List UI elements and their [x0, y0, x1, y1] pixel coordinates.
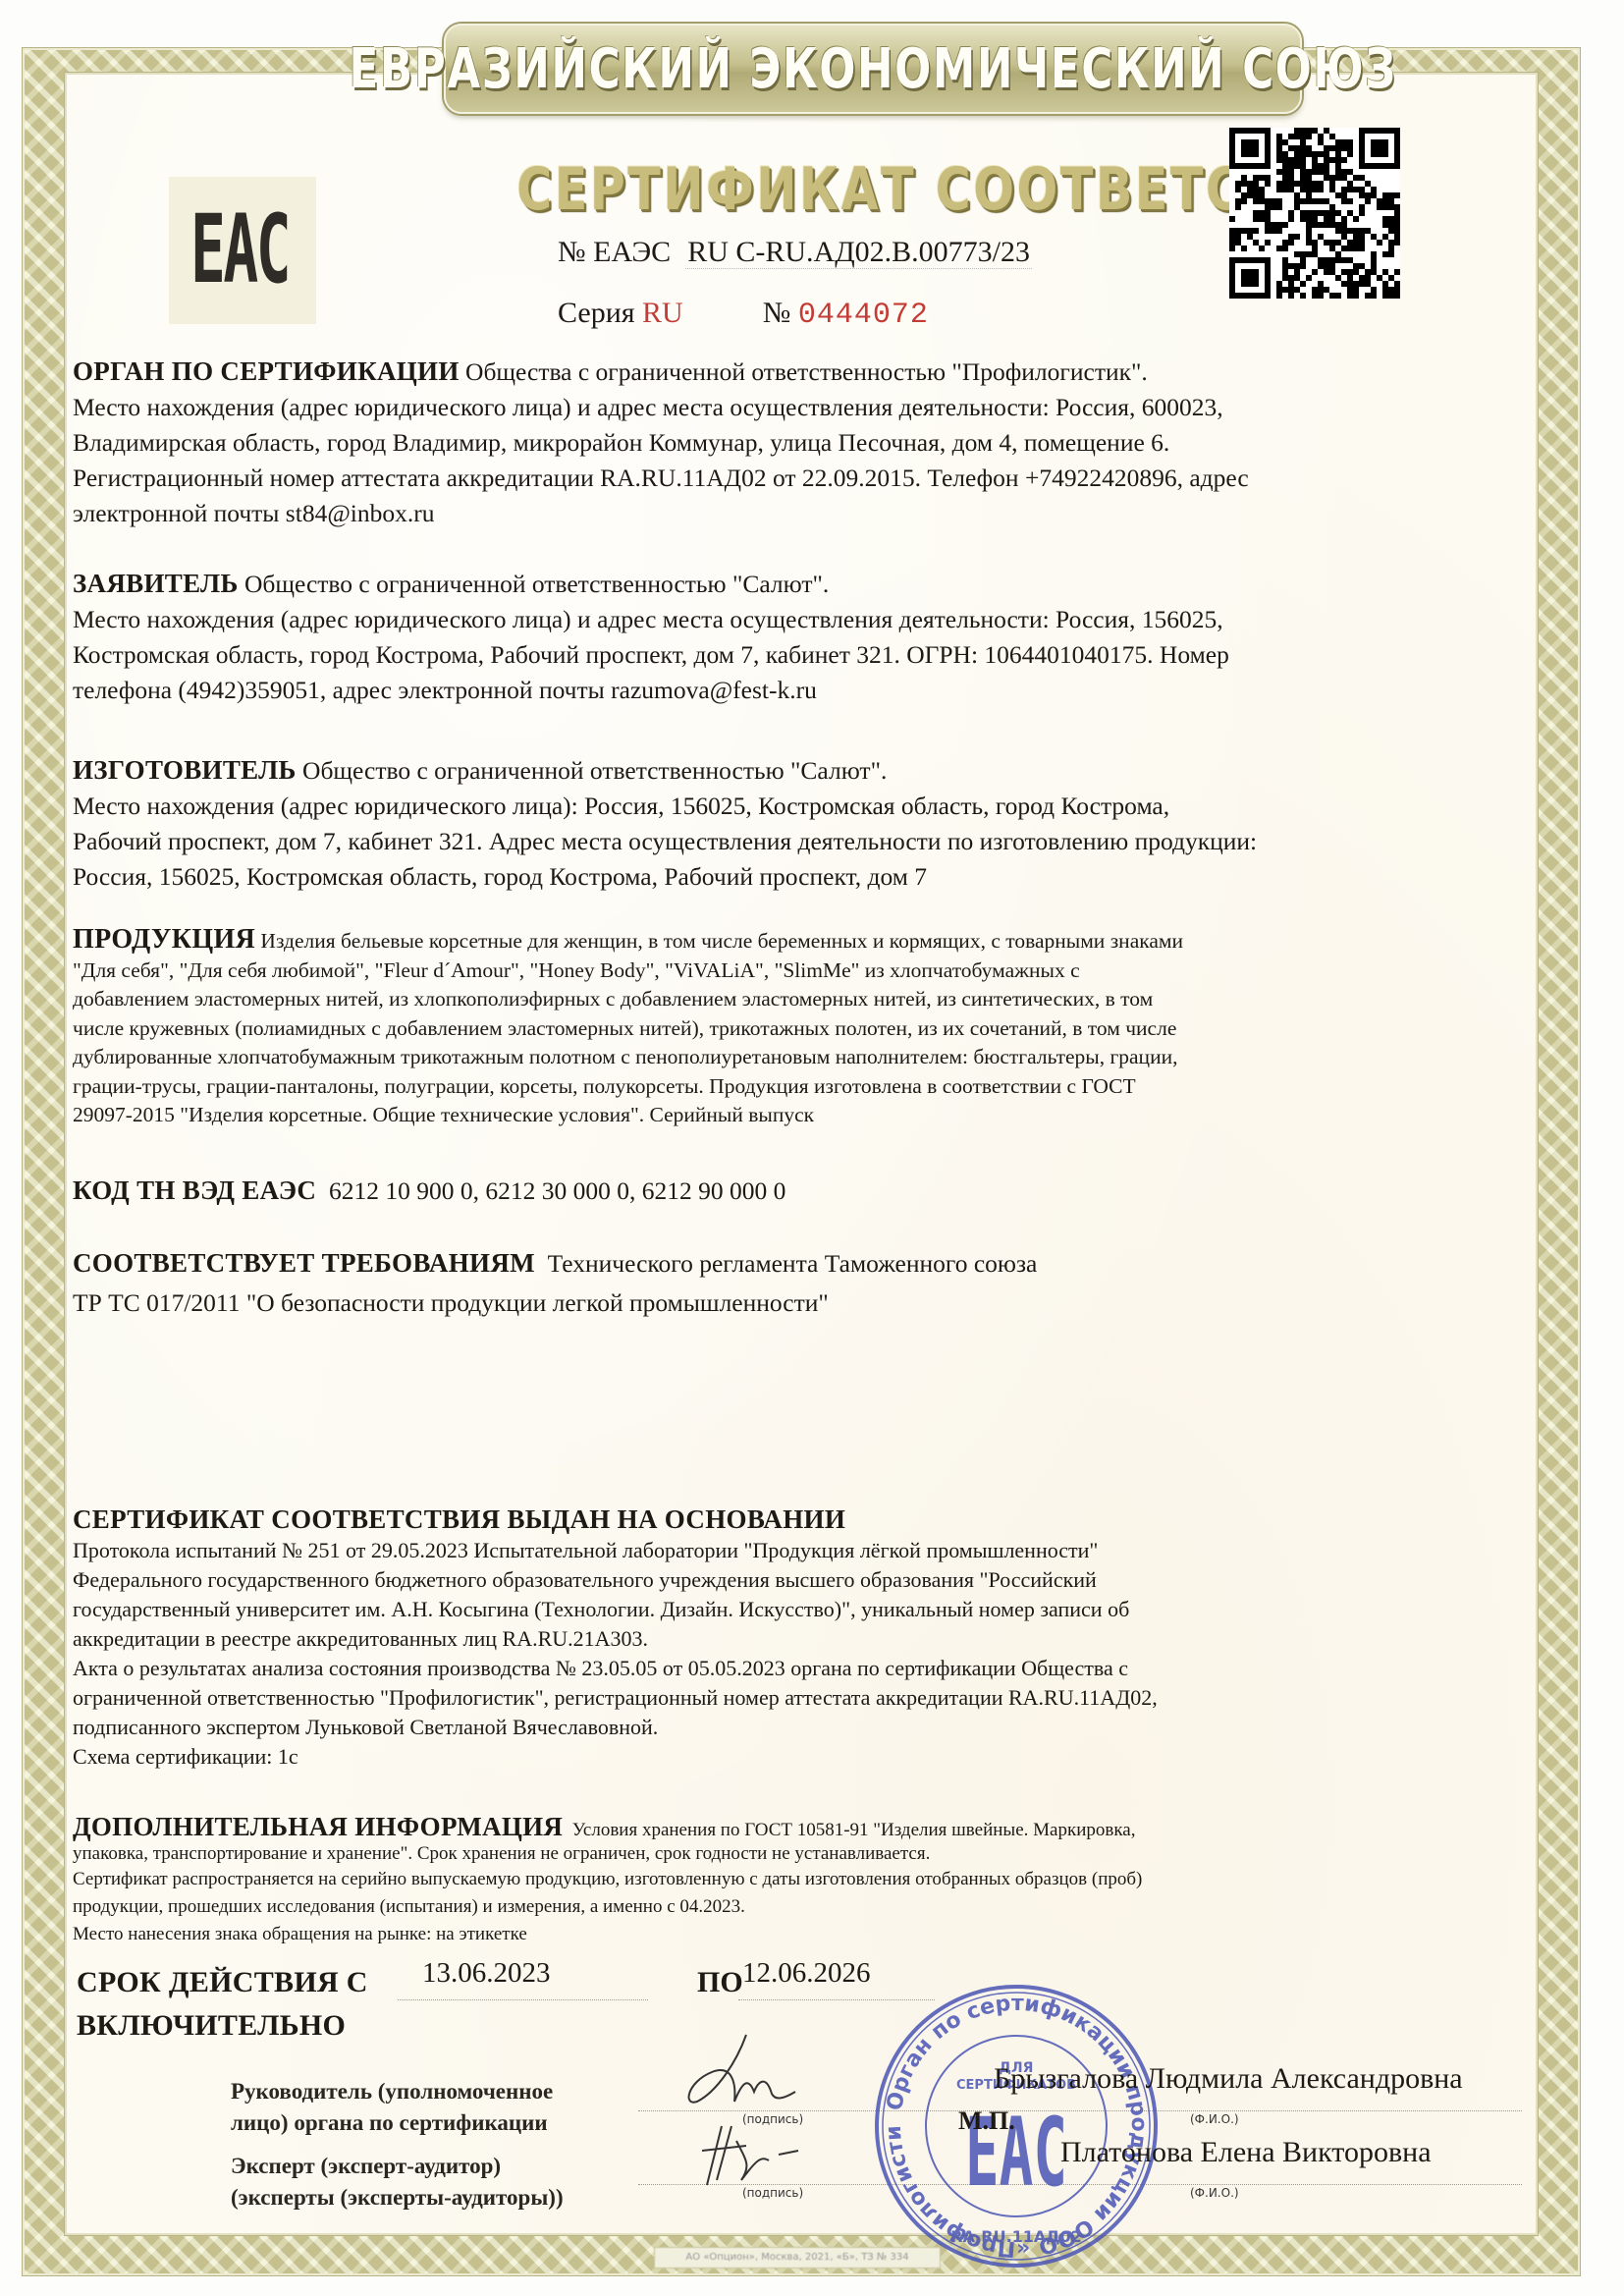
certification-body-line: Владимирская область, город Владимир, ми…	[73, 425, 1516, 461]
additional-info-section: ДОПОЛНИТЕЛЬНАЯ ИНФОРМАЦИЯ Условия хранен…	[73, 1815, 1516, 1948]
document-title: СЕРТИФИКАТ СООТВЕТСТВИЯ	[516, 155, 1109, 224]
applicant-line: Костромская область, город Кострома, Раб…	[73, 637, 1516, 673]
hs-code-value: 6212 10 900 0, 6212 30 000 0, 6212 90 00…	[329, 1176, 785, 1205]
conformity-regulation-title: ТР ТС 017/2011 "О безопасности продукции…	[73, 1284, 1516, 1323]
manufacturer-line: Рабочий проспект, дом 7, кабинет 321. Ад…	[73, 824, 1516, 859]
manufacturer-section: ИЗГОТОВИТЕЛЬ Общество с ограниченной отв…	[73, 752, 1516, 895]
name-caption: (Ф.И.О.)	[1190, 2112, 1239, 2126]
certification-body-line: электронной почты st84@inbox.ru	[73, 496, 1516, 531]
certification-body-heading: ОРГАН ПО СЕРТИФИКАЦИИ	[73, 356, 460, 386]
blank-number-value: 0444072	[798, 299, 929, 332]
validity-to-date: 12.06.2026	[742, 1957, 871, 1990]
stamp-bottom-text: RA.RU.11АД02	[950, 2227, 1082, 2246]
hs-code-section: КОД ТН ВЭД ЕАЭС 6212 10 900 0, 6212 30 0…	[73, 1173, 1516, 1209]
certification-body-line: Место нахождения (адрес юридического лиц…	[73, 390, 1516, 425]
basis-line: Акта о результатах анализа состояния про…	[73, 1654, 1516, 1683]
seal-label: М.П.	[958, 2106, 1015, 2136]
blank-series: Серия RU № 0444072	[558, 297, 929, 332]
applicant-name: Общество с ограниченной ответственностью…	[244, 570, 829, 598]
product-line: грации-трусы, грации-панталоны, полуграц…	[73, 1072, 1516, 1102]
basis-line: подписанного экспертом Луньковой Светлан…	[73, 1713, 1516, 1742]
conformity-regulation: Технического регламента Таможенного союз…	[548, 1249, 1038, 1278]
certification-body-section: ОРГАН ПО СЕРТИФИКАЦИИ Общества с огранич…	[73, 354, 1516, 531]
additional-info-text: Условия хранения по ГОСТ 10581-91 "Издел…	[572, 1820, 1136, 1840]
additional-info-line: продукции, прошедших исследования (испыт…	[73, 1893, 1516, 1921]
certificate-number-label: № ЕАЭС	[558, 236, 671, 268]
series-value: RU	[642, 297, 683, 329]
expert-role-line: Эксперт (эксперт-аудитор)	[231, 2151, 564, 2182]
conformity-heading: СООТВЕТСТВУЕТ ТРЕБОВАНИЯМ	[73, 1248, 535, 1278]
head-role-line: лицо) органа по сертификации	[231, 2107, 553, 2139]
conformity-section: СООТВЕТСТВУЕТ ТРЕБОВАНИЯМ Технического р…	[73, 1243, 1516, 1323]
validity-inclusive-label: ВКЛЮЧИТЕЛЬНО	[77, 2009, 368, 2043]
applicant-line: телефона (4942)359051, адрес электронной…	[73, 673, 1516, 708]
head-role: Руководитель (уполномоченное лицо) орган…	[231, 2076, 553, 2139]
certification-body-name: Общества с ограниченной ответственностью…	[465, 357, 1148, 386]
basis-line: ограниченной ответственностью "Профилоги…	[73, 1683, 1516, 1713]
basis-heading: СЕРТИФИКАТ СООТВЕТСТВИЯ ВЫДАН НА ОСНОВАН…	[73, 1503, 1516, 1536]
applicant-section: ЗАЯВИТЕЛЬ Общество с ограниченной ответс…	[73, 566, 1516, 708]
blank-number-label: №	[763, 297, 791, 329]
validity-to-label: ПО	[697, 1966, 743, 1999]
validity-period: СРОК ДЕЙСТВИЯ С ВКЛЮЧИТЕЛЬНО	[77, 1966, 368, 2043]
product-heading: ПРОДУКЦИЯ	[73, 924, 255, 955]
basis-line: Федерального государственного бюджетного…	[73, 1565, 1516, 1595]
additional-info-line: Место нанесения знака обращения на рынке…	[73, 1921, 1516, 1948]
additional-info-line: Сертификат распространяется на серийно в…	[73, 1866, 1516, 1893]
expert-signature	[692, 2121, 820, 2190]
basis-line: Протокола испытаний № 251 от 29.05.2023 …	[73, 1536, 1516, 1565]
union-name: ЕВРАЗИЙСКИЙ ЭКОНОМИЧЕСКИЙ СОЮЗ	[349, 37, 1396, 101]
manufacturer-line: Место нахождения (адрес юридического лиц…	[73, 789, 1516, 824]
name-caption: (Ф.И.О.)	[1190, 2186, 1239, 2200]
qr-code-icon	[1229, 128, 1400, 299]
additional-info-line: упаковка, транспортирование и хранение".…	[73, 1842, 1516, 1866]
eac-logo-icon: ЕАС	[190, 202, 289, 297]
product-line: числе кружевных (полиамидных с добавлени…	[73, 1014, 1516, 1044]
manufacturer-name: Общество с ограниченной ответственностью…	[302, 756, 887, 785]
product-description: Изделия бельевые корсетные для женщин, в…	[260, 929, 1183, 953]
certificate-number-value: RU C-RU.АД02.В.00773/23	[685, 236, 1032, 269]
product-section: ПРОДУКЦИЯ Изделия бельевые корсетные для…	[73, 925, 1516, 1130]
expert-role-line: (эксперты (эксперты-аудиторы))	[231, 2182, 564, 2214]
validity-from-label: СРОК ДЕЙСТВИЯ С	[77, 1966, 368, 1999]
basis-section: СЕРТИФИКАТ СООТВЕТСТВИЯ ВЫДАН НА ОСНОВАН…	[73, 1503, 1516, 1772]
product-line: "Для себя", "Для себя любимой", "Fleur d…	[73, 957, 1516, 986]
head-signature	[677, 2033, 835, 2115]
union-banner: ЕВРАЗИЙСКИЙ ЭКОНОМИЧЕСКИЙ СОЮЗ	[444, 24, 1302, 114]
manufacturer-heading: ИЗГОТОВИТЕЛЬ	[73, 755, 297, 785]
dotted-line	[398, 1999, 648, 2000]
certificate-number: № ЕАЭС RU C-RU.АД02.В.00773/23	[558, 236, 1032, 269]
basis-line: аккредитации в реестре аккредитованных л…	[73, 1624, 1516, 1654]
head-role-line: Руководитель (уполномоченное	[231, 2076, 553, 2107]
product-line: 29097-2015 "Изделия корсетные. Общие тех…	[73, 1101, 1516, 1130]
seal-stamp: Орган по сертификации продукции ООО «Про…	[869, 1979, 1164, 2273]
additional-info-heading: ДОПОЛНИТЕЛЬНАЯ ИНФОРМАЦИЯ	[73, 1812, 563, 1841]
printer-imprint: АО «Опцион», Москва, 2021, «Б», ТЗ № 334	[654, 2247, 941, 2269]
applicant-line: Место нахождения (адрес юридического лиц…	[73, 602, 1516, 637]
basis-line: государственный университет им. А.Н. Кос…	[73, 1595, 1516, 1624]
hs-code-heading: КОД ТН ВЭД ЕАЭС	[73, 1175, 316, 1205]
series-label: Серия	[558, 297, 635, 329]
validity-from-date: 13.06.2023	[422, 1957, 551, 1990]
expert-name: Платонова Елена Викторовна	[1060, 2136, 1432, 2169]
expert-role: Эксперт (эксперт-аудитор) (эксперты (экс…	[231, 2151, 564, 2214]
product-line: дублированные хлопчатобумажным трикотажн…	[73, 1043, 1516, 1072]
basis-line: Схема сертификации: 1с	[73, 1742, 1516, 1772]
product-line: добавлением эластомерных нитей, из хлопк…	[73, 985, 1516, 1014]
certification-body-line: Регистрационный номер аттестата аккредит…	[73, 461, 1516, 496]
manufacturer-line: Россия, 156025, Костромская область, гор…	[73, 859, 1516, 895]
applicant-heading: ЗАЯВИТЕЛЬ	[73, 569, 239, 598]
head-name: Брызгалова Людмила Александровна	[994, 2062, 1463, 2096]
